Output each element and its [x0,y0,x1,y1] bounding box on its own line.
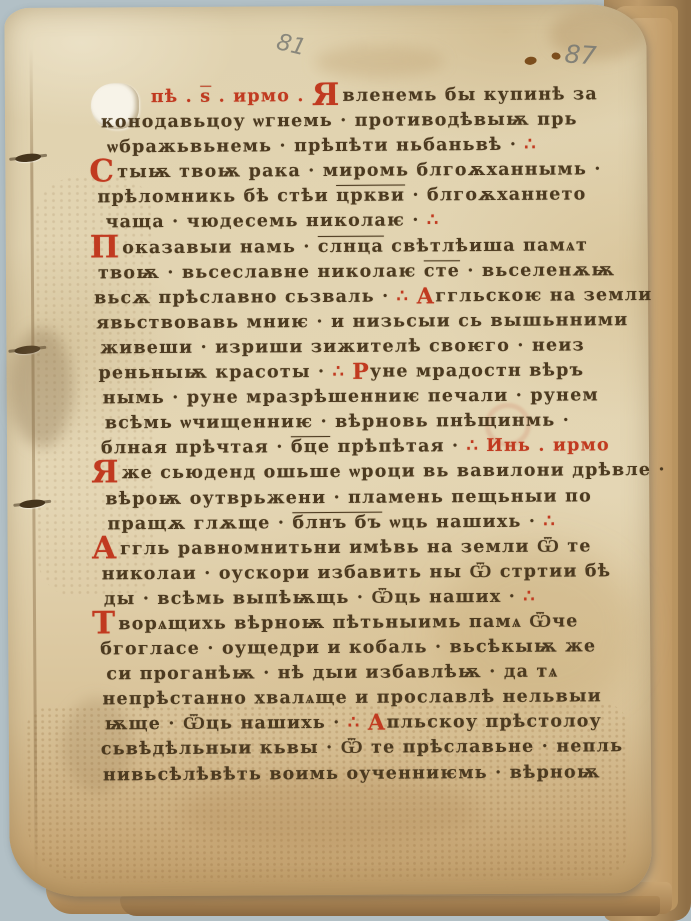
ink-text: · блгоѫханнето [405,185,587,206]
rubric-text: ∴ [543,511,555,531]
rubric-text: ∴ [427,211,439,231]
ink-text: бце [291,437,330,457]
ink-text: сьвѣдѣльныи кьвы · Ѿ те прѣславьне · неп… [101,737,624,760]
ink-text: твоѭ · вьсеславне николаѥ [98,261,424,283]
ink-text: пращѫ глѫще · [107,513,292,534]
ink-text: нымь · руне мразрѣшенниѥ печали · рунем [103,385,599,408]
ink-text: чаща · чюдесемь николаѥ · [106,211,427,233]
ink-text: уне мрадостн вѣръ [370,360,584,381]
ink-text: прѣпѣтая · [330,436,466,457]
ink-text: ворѧщихь вѣрноѭ пѣтьныимь памѧ Ѿче [118,611,578,634]
text-line: Яже сьюденд ошьше ѡроци вь вавилони дрѣв… [91,458,643,486]
manuscript-page: 81 87 пѣ . ѕ . ирмо . Явленемь бы купинѣ… [4,4,651,897]
text-line: пращѫ глѫще · блнъ бъ ѡць нашихь · ∴ [91,509,643,537]
ink-text: прѣломникь бѣ стѣи [97,186,336,207]
ink-dot [524,56,537,66]
rubric-text: Т [92,605,117,641]
ink-text: оказавыи намь · [122,237,318,258]
photo-background: 81 87 пѣ . ѕ . ирмо . Явленемь бы купинѣ… [0,0,691,921]
rubric-text: Я [91,455,120,491]
ink-text: ды · всѣмь выпѣѭщь · Ѿць наших · [104,587,524,610]
rubric-text: . ирмо . [211,86,312,107]
stain [549,8,644,61]
text-line: ды · всѣмь выпѣѭщь · Ѿць наших · ∴ [92,584,644,612]
ink-text: · вьселенѫѭ [460,260,615,281]
text-line: сьвѣдѣльныи кьвы · Ѿ те прѣславьне · неп… [93,735,645,763]
text-line: непрѣстанно хвалѧще и прославлѣ нельвыи [92,684,644,712]
text-line: Показавыи намь · слнца свѣтлѣиша памѧт [90,233,642,261]
text-line: Стыѭ твоѭ рака · миромь блгоѫханнымь · [89,157,641,185]
text-line: ѡбражьвьнемь · прѣпѣти ньбаньвѣ · ∴ [89,132,641,160]
text-line: реньныѭ красоты · ∴ Руне мрадостн вѣръ [90,358,642,386]
ink-text: явьствовавь мниѥ · и низьсыи сь вышьнним… [96,310,628,333]
rubric-text: А [416,283,435,309]
text-line: вѣроѭ оутврьжени · пламень пещьныи по [91,484,643,512]
ink-text: вьсѫ прѣславно сьзваль · [94,286,397,308]
rubric-text: пѣ . [151,87,201,107]
ink-text: тыѭ твоѭ рака · миромь блгоѫханнымь · [117,160,602,183]
rubric-text: А [91,530,118,566]
ink-text: ггльскоѥ на земли [435,285,652,306]
rubric-text: Я [312,77,341,113]
pencil-folio-number-left: 81 [274,29,309,61]
text-line: прѣломникь бѣ стѣи цркви · блгоѫханнето [89,182,641,210]
rubric-text: А [367,710,386,736]
ink-text: ггль равномнитьни имѣвь на земли Ѿ те [120,536,592,559]
manuscript-text-block: пѣ . ѕ . ирмо . Явленемь бы купинѣ закон… [89,82,645,788]
text-line: всѣмь ѡчищенниѥ · вѣрновь пнѣщинмь · [91,408,643,436]
ink-text: свѣтлѣиша памѧт [384,235,588,256]
ink-text: си проганѣѭ · нѣ дыи избавлѣѭ · да тѧ [106,662,558,685]
ink-text: бгогласе · оущедри и кобаль · вьсѣкыѭ же [100,636,596,659]
text-line: нымь · руне мразрѣшенниѥ печали · рунем [91,383,643,411]
pencil-folio-number-right: 87 [564,39,598,70]
text-line: блная прѣчтая · бце прѣпѣтая · ∴ Инь . и… [91,433,643,461]
rubric-text: ∴ [524,135,536,155]
text-line: конодавьцоу ѡгнемь · противодѣвыѭ прь [89,107,641,135]
ink-text: ѡбражьвьнемь · прѣпѣти ньбаньвѣ · [107,135,524,158]
ink-text: николаи · оускори избавить ны Ѿ стртии б… [102,561,612,584]
rubric-text: Р [352,359,370,385]
ink-text: ѡць нашихь · [382,511,543,532]
ink-text: блнъ бъ [292,512,382,533]
ink-text: же сьюденд ошьше ѡроци вь вавилони дрѣвл… [122,460,666,483]
ink-text: блная прѣчтая · [101,438,291,459]
rubric-text: П [90,229,121,265]
ink-text: реньныѭ красоты · [98,362,332,383]
ink-text: конодавьцоу ѡгнемь · противодѣвыѭ прь [101,110,578,133]
text-line: нивьсѣлѣвѣть воимь оученниѥмь · вѣрноѭ [93,760,645,788]
ink-text: непрѣстанно хвалѧще и прославлѣ нельвыи [102,687,601,710]
text-line: николаи · оускори избавить ны Ѿ стртии б… [92,559,644,587]
ink-text: вленемь бы купинѣ за [342,84,598,106]
text-line: явьствовавь мниѥ · и низьсыи сь вышьнним… [90,308,642,336]
rubric-text: ѕ [200,87,211,107]
ink-text: сте [424,261,460,281]
ink-dot [551,52,561,60]
text-line: бгогласе · оущедри и кобаль · вьсѣкыѭ же [92,634,644,662]
rubric-text: ∴ [348,713,368,733]
text-line: твоѭ · вьсеславне николаѥ сте · вьселенѫ… [90,258,642,286]
text-line: Творѧщихь вѣрноѭ пѣтьныимь памѧ Ѿче [92,609,644,637]
ink-text: вѣроѭ оутврьжени · пламень пещьныи по [105,486,592,509]
ink-text: живеши · изриши зижителѣ своѥго · неиз [100,335,585,358]
ink-text: всѣмь ѡчищенниѥ · вѣрновь пнѣщинмь · [105,411,570,434]
text-line: Аггль равномнитьни имѣвь на земли Ѿ те [92,534,644,562]
ink-text: слнца [318,236,384,256]
page-stack-bottom-lower [120,896,660,916]
binding-stitch [15,152,42,163]
text-line: пѣ . ѕ . ирмо . Явленемь бы купинѣ за [89,82,641,110]
ink-text: ѭще · Ѿць нашихь · [105,713,348,734]
text-line: си проганѣѭ · нѣ дыи избавлѣѭ · да тѧ [92,659,644,687]
stain [10,328,73,448]
text-line: чаща · чюдесемь николаѥ · ∴ [90,208,642,236]
text-line: ѭще · Ѿць нашихь · ∴ Апльскоу прѣстолоу [93,709,645,737]
rubric-text: ∴ Инь . ирмо [467,436,610,457]
stain [315,45,445,78]
ink-text: пльскоу прѣстолоу [387,712,603,733]
rubric-text: ∴ [523,587,535,607]
text-line: вьсѫ прѣславно сьзваль · ∴ Аггльскоѥ на … [90,283,642,311]
ink-text: нивьсѣлѣвѣть воимь оученниѥмь · вѣрноѭ [103,762,601,785]
text-line: живеши · изриши зижителѣ своѥго · неиз [90,333,642,361]
rubric-text: С [89,154,115,190]
rubric-text: ∴ [332,362,352,382]
ink-text: цркви [336,186,405,206]
rubric-text: ∴ [397,286,417,306]
